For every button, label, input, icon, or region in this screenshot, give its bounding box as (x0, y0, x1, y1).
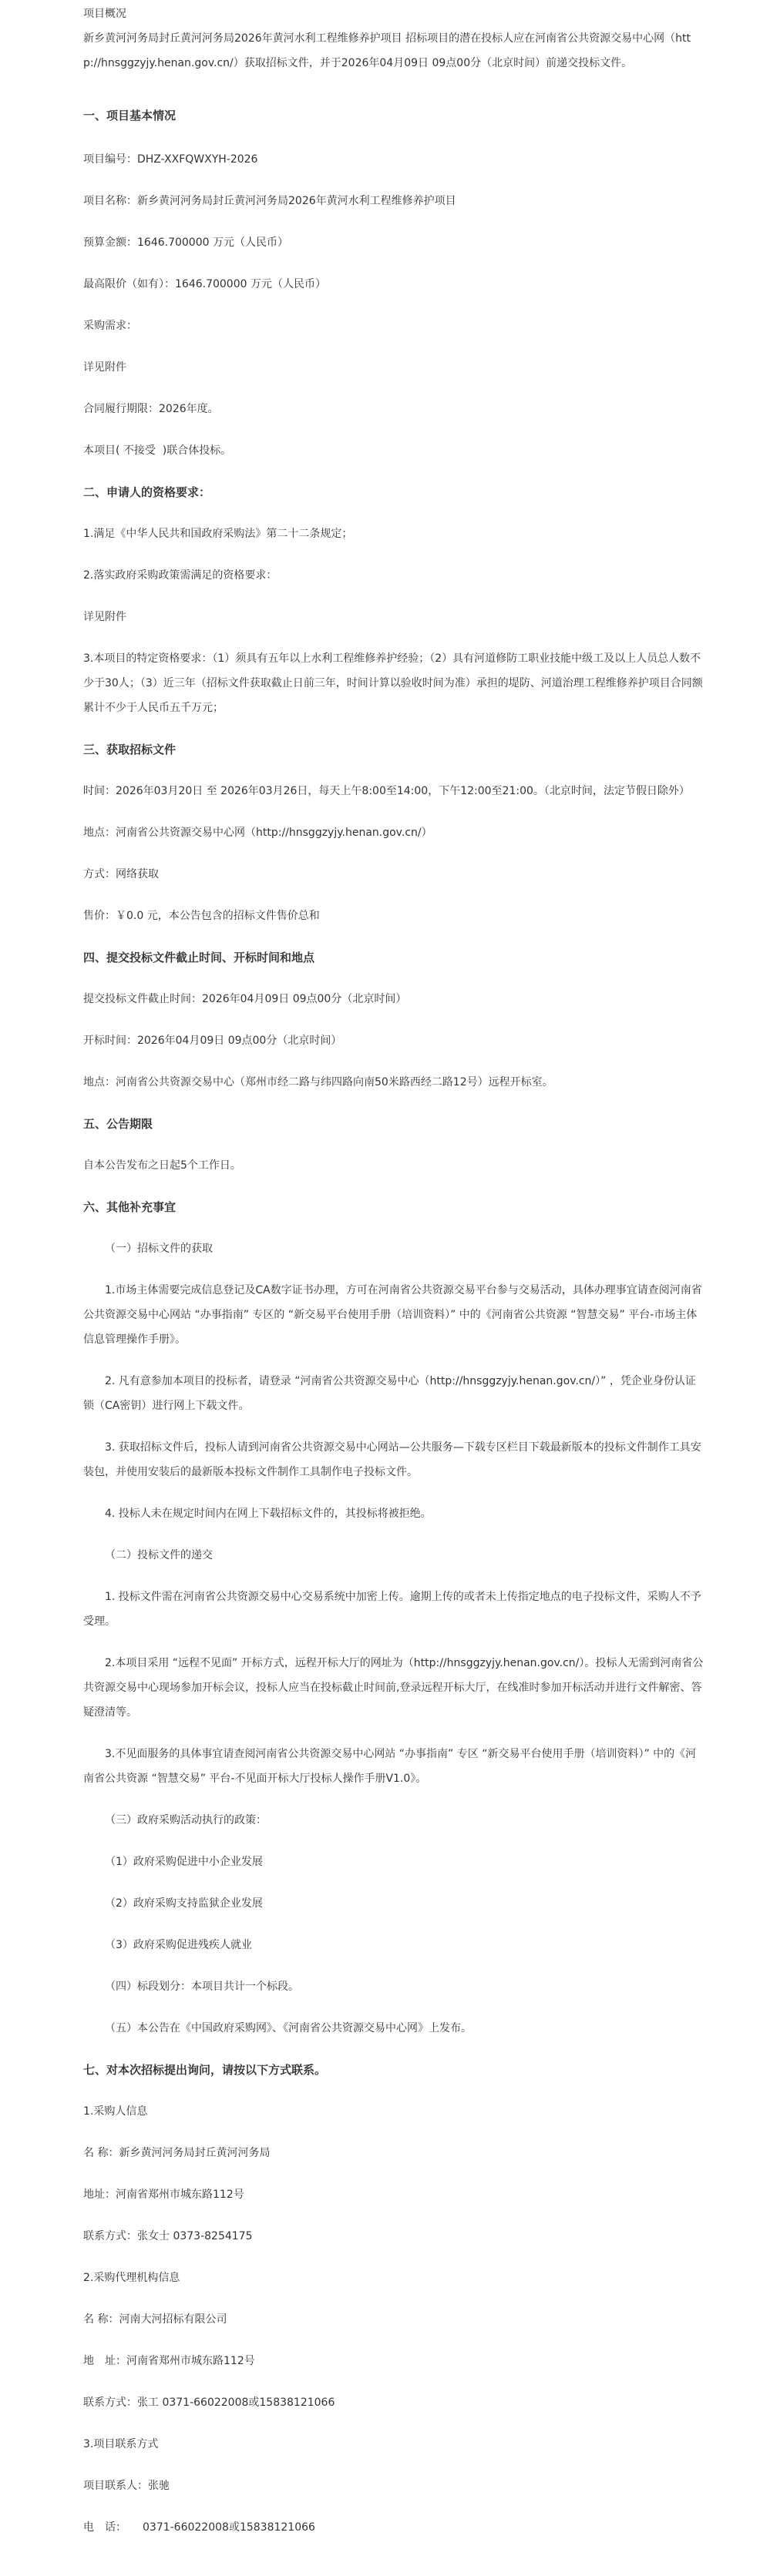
project-contact-phone: 电 话： 0371-66022008或15838121066 (83, 2515, 705, 2540)
project-number: 项目编号：DHZ-XXFQWXYH-2026 (83, 147, 705, 172)
section7-heading: 七、对本次招标提出询问，请按以下方式联系。 (83, 2058, 705, 2082)
purchaser-contact: 联系方式：张女士 0373-8254175 (83, 2224, 705, 2249)
requirement-3: 3.本项目的特定资格要求：（1）须具有五年以上水利工程维修养护经验；（2）具有河… (83, 646, 705, 720)
max-price: 最高限价（如有）：1646.700000 万元（人民币） (83, 272, 705, 297)
purchaser-info-title: 1.采购人信息 (83, 2099, 705, 2124)
acquisition-place: 地点：河南省公共资源交易中心网（http://hnsggzyjy.henan.g… (83, 820, 705, 845)
intro-paragraph: 新乡黄河河务局封丘黄河河务局2026年黄河水利工程维修养护项目 招标项目的潜在投… (83, 26, 705, 75)
subsection-1-item-3: 3. 获取招标文件后，投标人请到河南省公共资源交易中心网站—公共服务—下载专区栏… (83, 1435, 705, 1484)
policy-item-2: （2）政府采购支持监狱企业发展 (83, 1891, 705, 1916)
requirement-1: 1.满足《中华人民共和国政府采购法》第二十二条规定； (83, 522, 705, 546)
requirement-2-value: 详见附件 (83, 605, 705, 629)
subsection-3-title: （三）政府采购活动执行的政策： (83, 1808, 705, 1833)
section4-heading: 四、提交投标文件截止时间、开标时间和地点 (83, 945, 705, 970)
subsection-2-item-1: 1. 投标文件需在河南省公共资源交易中心交易系统中加密上传。逾期上传的或者未上传… (83, 1585, 705, 1634)
budget-amount: 预算金额：1646.700000 万元（人民币） (83, 230, 705, 255)
announcement-article: 项目概况 新乡黄河河务局封丘黄河河务局2026年黄河水利工程维修养护项目 招标项… (83, 0, 705, 2540)
agency-contact: 联系方式：张工 0371-66022008或15838121066 (83, 2390, 705, 2415)
purchaser-name: 名 称：新乡黄河河务局封丘黄河河务局 (83, 2141, 705, 2165)
agency-name: 名 称：河南大河招标有限公司 (83, 2307, 705, 2332)
opening-place: 地点：河南省公共资源交易中心（郑州市经二路与纬四路向南50米路西经二路12号）远… (83, 1070, 705, 1095)
agency-info-title: 2.采购代理机构信息 (83, 2266, 705, 2290)
document-price: 售价：￥0.0 元，本公告包含的招标文件售价总和 (83, 904, 705, 928)
contract-term: 合同履行期限：2026年度。 (83, 397, 705, 421)
section6-heading: 六、其他补充事宜 (83, 1195, 705, 1219)
lot-division: （四）标段划分：本项目共计一个标段。 (83, 1974, 705, 1999)
overview-label: 项目概况 (83, 2, 705, 26)
project-contact-person: 项目联系人：张驰 (83, 2474, 705, 2498)
policy-item-3: （3）政府采购促进残疾人就业 (83, 1933, 705, 1957)
procurement-demand-value: 详见附件 (83, 355, 705, 380)
acquisition-method: 方式：网络获取 (83, 862, 705, 887)
section5-heading: 五、公告期限 (83, 1112, 705, 1136)
section3-heading: 三、获取招标文件 (83, 737, 705, 762)
requirement-2: 2.落实政府采购政策需满足的资格要求： (83, 563, 705, 588)
publication-channels: （五）本公告在《中国政府采购网》、《河南省公共资源交易中心网》上发布。 (83, 2016, 705, 2041)
consortium-policy: 本项目( 不接受 )联合体投标。 (83, 438, 705, 463)
opening-time: 开标时间：2026年04月09日 09点00分（北京时间） (83, 1028, 705, 1053)
project-contact-title: 3.项目联系方式 (83, 2432, 705, 2457)
subsection-2-item-3: 3.不见面服务的具体事宜请查阅河南省公共资源交易中心网站 “办事指南” 专区 “… (83, 1742, 705, 1791)
subsection-1-item-4: 4. 投标人未在规定时间内在网上下载招标文件的，其投标将被拒绝。 (83, 1501, 705, 1526)
announcement-period: 自本公告发布之日起5个工作日。 (83, 1153, 705, 1178)
subsection-1-title: （一）招标文件的获取 (83, 1236, 705, 1261)
subsection-1-item-1: 1.市场主体需要完成信息登记及CA数字证书办理，方可在河南省公共资源交易平台参与… (83, 1278, 705, 1352)
purchaser-address: 地址：河南省郑州市城东路112号 (83, 2182, 705, 2207)
submission-deadline: 提交投标文件截止时间：2026年04月09日 09点00分（北京时间） (83, 987, 705, 1011)
project-name: 项目名称：新乡黄河河务局封丘黄河河务局2026年黄河水利工程维修养护项目 (83, 189, 705, 213)
section2-heading: 二、申请人的资格要求： (83, 480, 705, 505)
section1-heading: 一、项目基本情况 (83, 103, 705, 128)
policy-item-1: （1）政府采购促进中小企业发展 (83, 1850, 705, 1874)
procurement-demand-label: 采购需求： (83, 314, 705, 338)
agency-address: 地 址：河南省郑州市城东路112号 (83, 2349, 705, 2373)
acquisition-time: 时间：2026年03月20日 至 2026年03月26日，每天上午8:00至14… (83, 779, 705, 803)
subsection-2-item-2: 2.本项目采用 “远程不见面” 开标方式，远程开标大厅的网址为（http://h… (83, 1651, 705, 1725)
subsection-2-title: （二）投标文件的递交 (83, 1543, 705, 1568)
subsection-1-item-2: 2. 凡有意参加本项目的投标者，请登录 “河南省公共资源交易中心（http://… (83, 1369, 705, 1418)
